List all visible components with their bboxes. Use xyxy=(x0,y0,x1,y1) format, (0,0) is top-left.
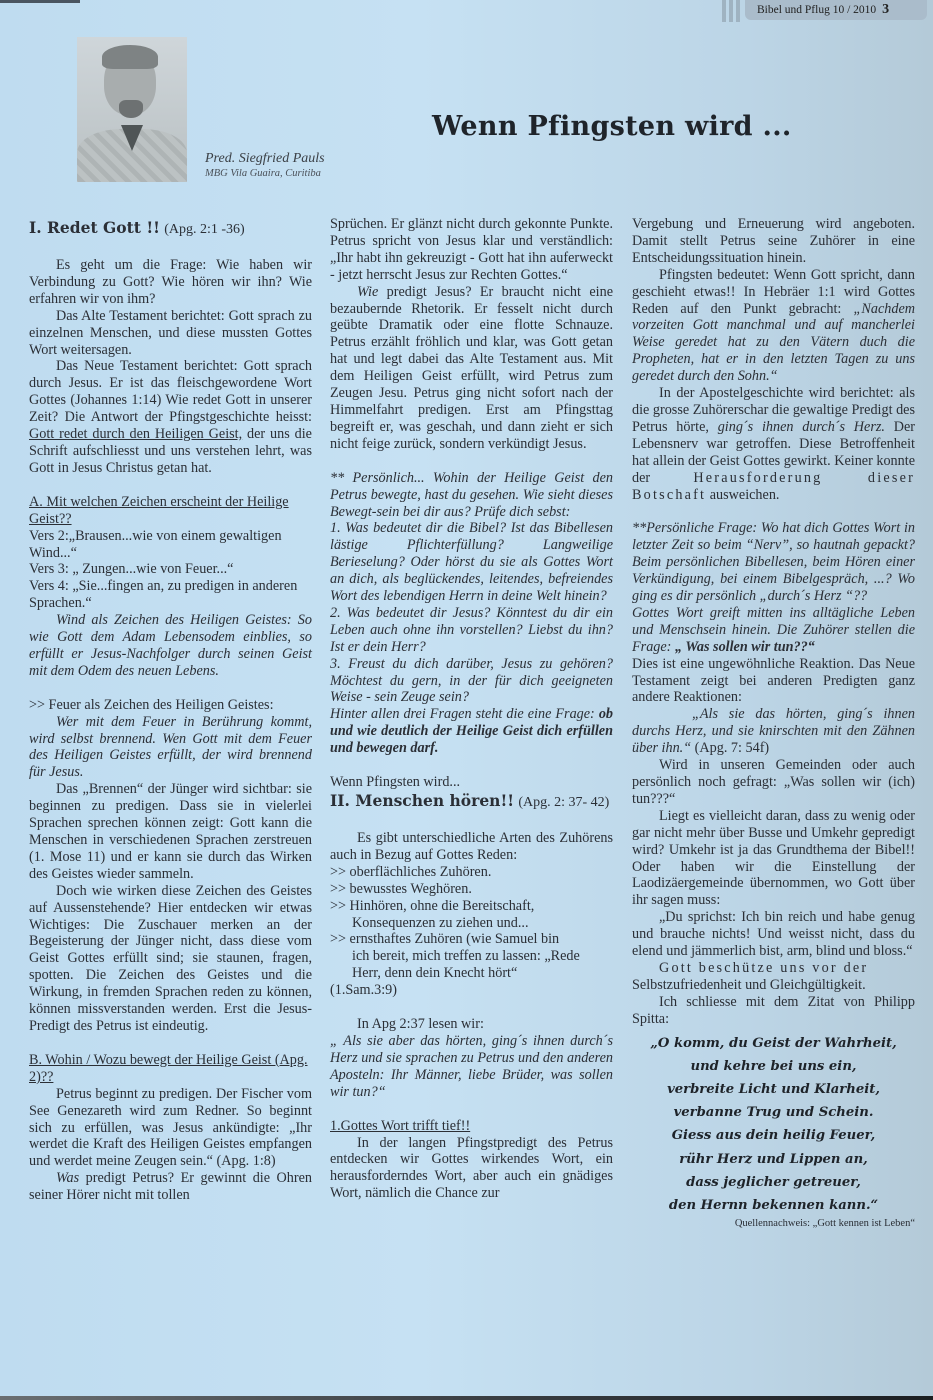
personal-question: **Persönliche Frage: Wo hat dich Gottes … xyxy=(632,520,915,605)
paragraph: Dies ist eine ungewöhnliche Reaktion. Da… xyxy=(632,656,915,707)
author-affiliation: MBG Vila Guaira, Curitiba xyxy=(205,168,325,179)
subheading-b: B. Wohin / Wozu bewegt der Heilige Geist… xyxy=(29,1052,312,1086)
list-item-reference: (1.Sam.3:9) xyxy=(330,982,613,999)
scripture-quote: „Als sie das hörten, ging´s ihnen durchs… xyxy=(632,706,915,757)
author-byline: Pred. Siegfried Pauls MBG Vila Guaira, C… xyxy=(205,151,325,179)
subheading-a: A. Mit welchen Zeichen erscheint der Hei… xyxy=(29,494,312,528)
scripture-quote: „Du sprichst: Ich bin reich und habe gen… xyxy=(632,909,915,960)
paragraph: In der langen Pfingstpredigt des Petrus … xyxy=(330,1135,613,1203)
italic-paragraph: Wer mit dem Feuer in Berührung kommt, wi… xyxy=(29,714,312,782)
paragraph: Das „Brennen“ der Jünger wird sichtbar: … xyxy=(29,781,312,882)
author-name: Pred. Siegfried Pauls xyxy=(205,151,325,167)
paragraph: Das Alte Testament berichtet: Gott sprac… xyxy=(29,308,312,359)
poem-line: „O komm, du Geist der Wahrheit, xyxy=(632,1032,915,1055)
italic-paragraph: Wind als Zeichen des Heiligen Geistes: S… xyxy=(29,612,312,680)
poem-line: rühr Herz und Lippen an, xyxy=(632,1148,915,1171)
spitta-poem: „O komm, du Geist der Wahrheit, und kehr… xyxy=(632,1032,915,1218)
article-title: Wenn Pfingsten wird ... xyxy=(432,111,792,142)
page-number: 3 xyxy=(882,2,889,18)
paragraph: Gott beschütze uns vor der xyxy=(632,960,915,977)
paragraph: Sprüchen. Er glänzt nicht durch gekonnte… xyxy=(330,216,613,284)
paragraph: Petrus beginnt zu predigen. Der Fischer … xyxy=(29,1086,312,1171)
header-decoration xyxy=(722,0,740,22)
column-right: Vergebung und Erneuerung wird angeboten.… xyxy=(632,216,915,1231)
poem-line: dass jeglicher getreuer, xyxy=(632,1171,915,1194)
paragraph: Pfingsten bedeutet: Wenn Gott spricht, d… xyxy=(632,267,915,385)
poem-line: den Hernn bekennen kann.“ xyxy=(632,1194,915,1217)
paragraph: Was predigt Petrus? Er gewinnt die Ohren… xyxy=(29,1170,312,1204)
subheading-1: 1.Gottes Wort trifft tief!! xyxy=(330,1118,613,1135)
listening-types-list: >> oberflächliches Zuhören. >> bewusstes… xyxy=(330,864,613,999)
verse-line: Vers 3: „ Zungen...wie von Feuer...“ xyxy=(29,561,312,578)
paragraph: Selbstzufriedenheit und Gleichgültigkeit… xyxy=(632,977,915,994)
personal-questions-box: ** Persönlich... Wohin der Heilige Geist… xyxy=(330,470,613,757)
question-2: 2. Was bedeutet dir Jesus? Könntest du d… xyxy=(330,605,613,656)
poem-line: verbanne Trug und Schein. xyxy=(632,1101,915,1124)
paragraph: Wird in unseren Gemeinden oder auch pers… xyxy=(632,757,915,808)
list-item: >> bewusstes Weghören. xyxy=(330,881,613,898)
list-item-continued: Konsequenzen zu ziehen und... xyxy=(330,915,613,932)
paragraph: Es gibt unterschiedliche Arten des Zuhör… xyxy=(330,830,613,864)
paragraph: In der Apostelgeschichte wird berichtet:… xyxy=(632,385,915,503)
list-item-continued: ich bereit, mich treffen zu lassen: „Red… xyxy=(330,948,613,965)
author-photo xyxy=(77,37,187,182)
kicker: Wenn Pfingsten wird... xyxy=(330,774,613,791)
list-item: >> Hinhören, ohne die Bereitschaft, xyxy=(330,898,613,915)
list-item: >> oberflächliches Zuhören. xyxy=(330,864,613,881)
list-item: >> ernsthaftes Zuhören (wie Samuel bin xyxy=(330,931,613,948)
poem-line: Giess aus dein heilig Feuer, xyxy=(632,1124,915,1147)
column-middle: Sprüchen. Er glänzt nicht durch gekonnte… xyxy=(330,216,613,1202)
question-1: 1. Was bedeutet dir die Bibel? Ist das B… xyxy=(330,520,613,605)
list-heading: >> Feuer als Zeichen des Heiligen Geiste… xyxy=(29,697,312,714)
publication-name: Bibel und Pflug 10 / 2010 xyxy=(757,4,876,16)
page-edge-bottom xyxy=(0,1396,933,1400)
verse-line: Vers 4: „Sie...fingen an, zu predigen in… xyxy=(29,578,312,612)
paragraph: Doch wie wirken diese Zeichen des Geiste… xyxy=(29,883,312,1035)
column-left: I. Redet Gott !! (Apg. 2:1 -36) Es geht … xyxy=(29,218,312,1204)
paragraph: Vergebung und Erneuerung wird angeboten.… xyxy=(632,216,915,267)
list-item-continued: Herr, denn dein Knecht hört“ xyxy=(330,965,613,982)
poem-line: verbreite Licht und Klarheit, xyxy=(632,1078,915,1101)
running-header: Bibel und Pflug 10 / 2010 3 xyxy=(745,0,927,20)
source-note: Quellennachweis: „Gott kennen ist Leben“ xyxy=(632,1217,915,1231)
paragraph: Gottes Wort greift mitten ins alltäglich… xyxy=(632,605,915,656)
paragraph: Es geht um die Frage: Wie haben wir Verb… xyxy=(29,257,312,308)
poem-line: und kehre bei uns ein, xyxy=(632,1055,915,1078)
question-3: 3. Freust du dich darüber, Jesus zu gehö… xyxy=(330,656,613,707)
scripture-quote: „ Als sie aber das hörten, ging´s ihnen … xyxy=(330,1033,613,1101)
section-heading-1: I. Redet Gott !! (Apg. 2:1 -36) xyxy=(29,218,312,240)
paragraph: Liegt es vielleicht daran, dass zu wenig… xyxy=(632,808,915,909)
paragraph: Wie predigt Jesus? Er braucht nicht eine… xyxy=(330,284,613,453)
paragraph: In Apg 2:37 lesen wir: xyxy=(330,1016,613,1033)
page-edge xyxy=(0,0,80,3)
paragraph: Ich schliesse mit dem Zitat von Philipp … xyxy=(632,994,915,1028)
verse-line: Vers 2:„Brausen...wie von einem gewaltig… xyxy=(29,528,312,562)
section-heading-2: II. Menschen hören!! (Apg. 2: 37- 42) xyxy=(330,791,613,813)
paragraph: Das Neue Testament berichtet: Gott sprac… xyxy=(29,358,312,476)
